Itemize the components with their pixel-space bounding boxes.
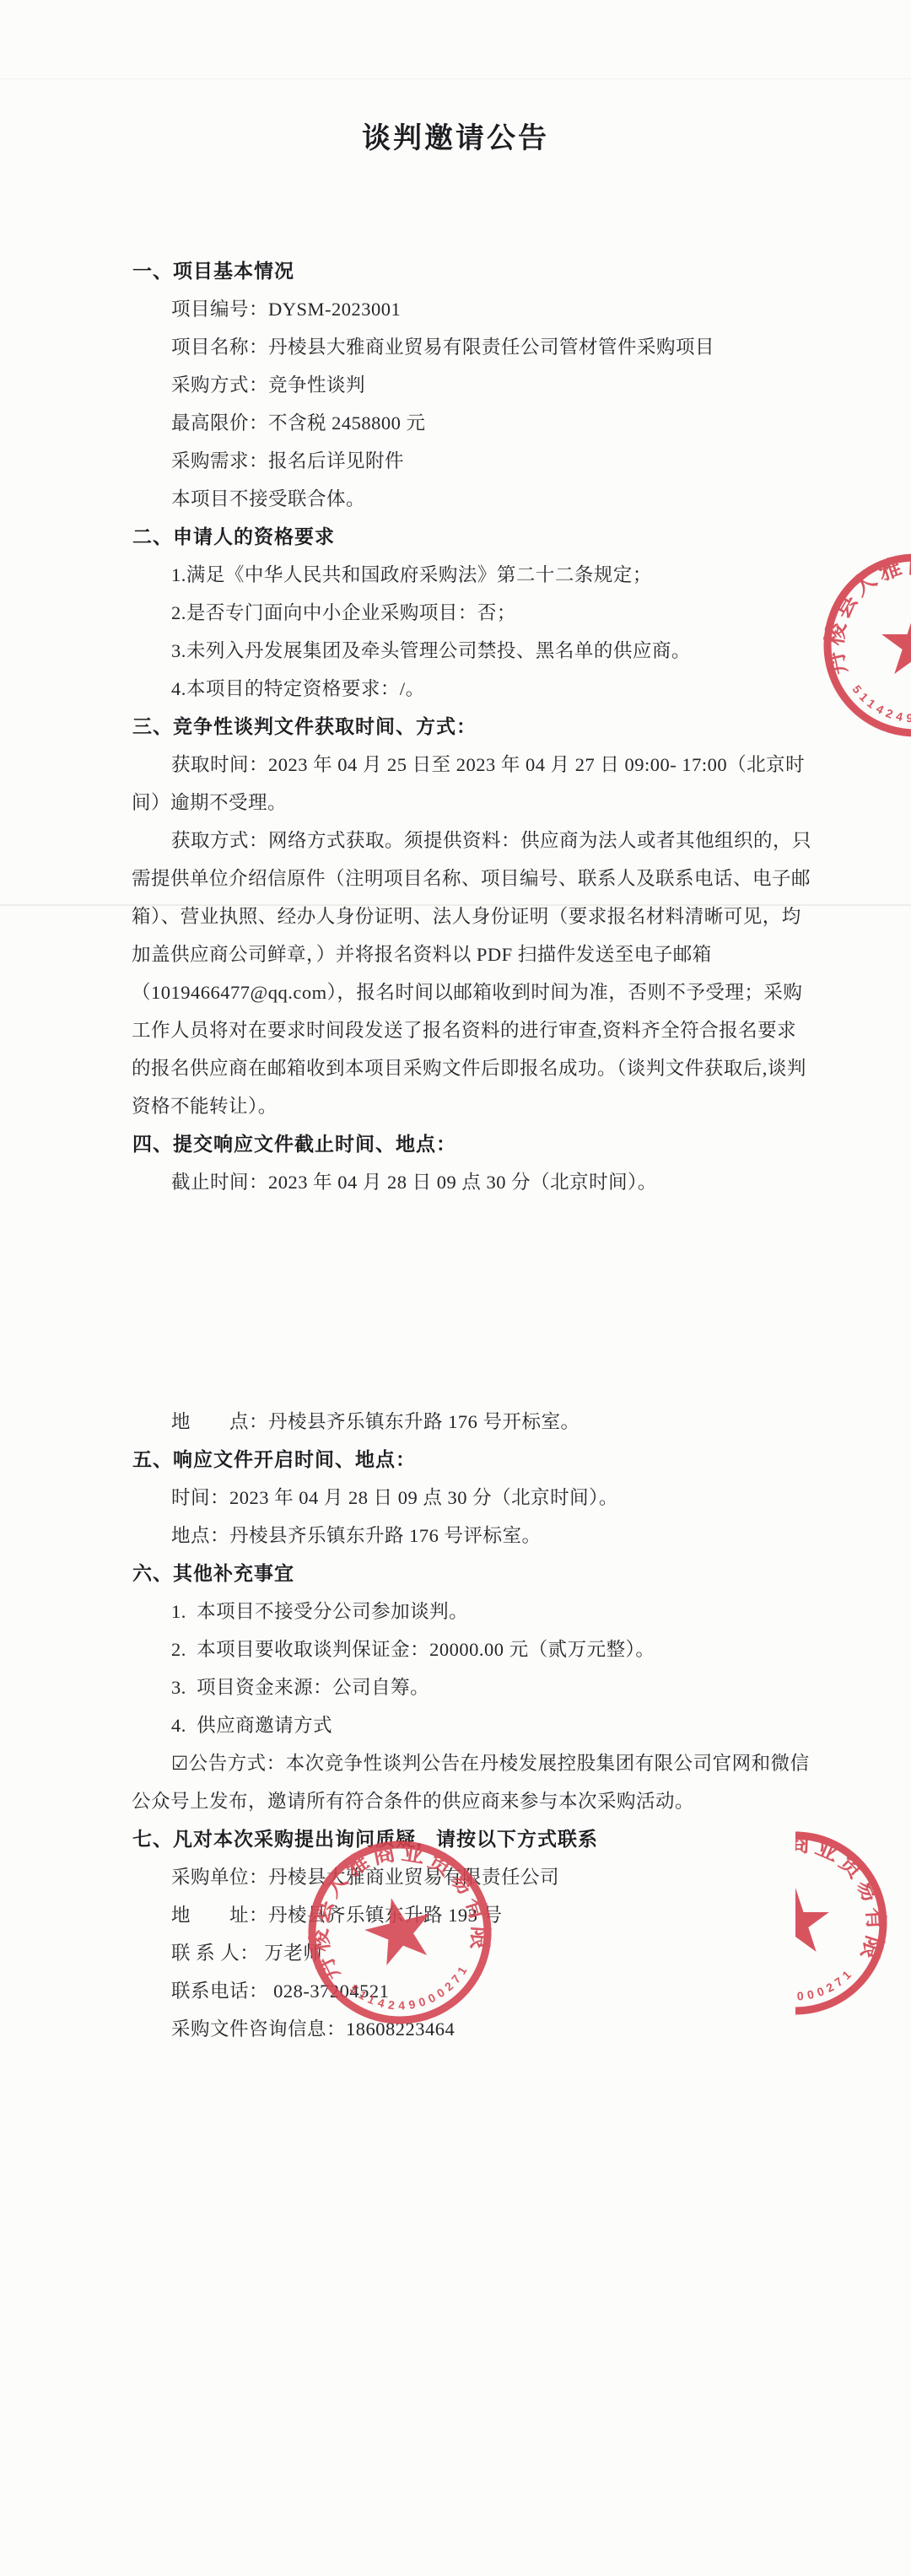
section-heading: 三、竞争性谈判文件获取时间、方式： [132, 714, 477, 740]
section-heading: 四、提交响应文件截止时间、地点： [132, 1132, 456, 1157]
doc-line: 4.本项目的特定资格要求：/。 [171, 676, 425, 702]
doc-line: 4. 供应商邀请方式 [171, 1713, 332, 1738]
doc-line: 间）逾期不受理。 [132, 790, 287, 816]
doc-line: 资格不能转让）。 [132, 1094, 278, 1119]
doc-line: 需提供单位介绍信原件（注明项目名称、项目编号、联系人及联系电话、电子邮 [132, 866, 811, 892]
seal-star-icon [881, 610, 911, 674]
doc-line: 获取时间：2023 年 04 月 25 日至 2023 年 04 月 27 日 … [171, 752, 805, 778]
company-seal-edge-icon: 丹棱县大雅商业贸易有限责任公司 5114249000271 [814, 544, 911, 746]
doc-line: （1019466477@qq.com），报名时间以邮箱收到时间为准，否则不予受理… [132, 980, 802, 1005]
doc-title: 谈判邀请公告 [0, 127, 911, 152]
section-heading: 一、项目基本情况 [132, 259, 294, 284]
section-heading: 二、申请人的资格要求 [132, 525, 335, 550]
section-heading: 五、响应文件开启时间、地点： [132, 1447, 416, 1473]
svg-text:丹棱县大雅商业贸易有限责任公司: 丹棱县大雅商业贸易有限责任公司 [814, 544, 911, 685]
doc-line: ☑公告方式：本次竞争性谈判公告在丹棱发展控股集团有限公司官网和微信 [171, 1751, 810, 1776]
section-heading: 六、其他补充事宜 [132, 1561, 294, 1587]
company-seal-half-icon: 丹棱县大雅商业贸易有限责任公司 5114249000271 [795, 1822, 894, 2028]
doc-line: 采购文件咨询信息：18608223464 [171, 2017, 455, 2042]
seal-star-icon [358, 1890, 439, 1969]
scan-artifact-line [0, 78, 911, 79]
svg-text:丹棱县大雅商业贸易有限责任公司: 丹棱县大雅商业贸易有限责任公司 [795, 1822, 889, 1963]
doc-line: 公众号上发布，邀请所有符合条件的供应商来参与本次采购活动。 [132, 1789, 694, 1814]
doc-line: 本项目不接受联合体。 [171, 487, 365, 512]
doc-line: 联 系 人： 万老师 [171, 1941, 322, 1966]
doc-line: 工作人员将对在要求时间段发送了报名资料的进行审查,资料齐全符合报名要求 [132, 1018, 796, 1043]
doc-line: 项目名称：丹棱县大雅商业贸易有限责任公司管材管件采购项目 [171, 335, 714, 360]
doc-line: 3.未列入丹发展集团及牵头管理公司禁投、黑名单的供应商。 [171, 639, 691, 664]
doc-line: 地点：丹棱县齐乐镇东升路 176 号评标室。 [171, 1523, 542, 1549]
doc-line: 地 址：丹棱县齐乐镇东升路 193 号 [171, 1903, 503, 1928]
svg-text:5114249000271: 5114249000271 [795, 1960, 854, 2002]
doc-line: 获取方式：网络方式获取。须提供资料：供应商为法人或者其他组织的，只 [171, 828, 811, 854]
doc-line: 采购单位：丹棱县大雅商业贸易有限责任公司 [171, 1865, 559, 1890]
doc-line: 加盖供应商公司鲜章，）并将报名资料以 PDF 扫描件发送至电子邮箱 [132, 942, 712, 967]
doc-line: 1.满足《中华人民共和国政府采购法》第二十二条规定； [171, 563, 652, 588]
doc-line: 采购方式：竞争性谈判 [171, 373, 365, 398]
doc-line: 1. 本项目不接受分公司参加谈判。 [171, 1599, 468, 1625]
section-heading: 七、凡对本次采购提出询问质疑，请按以下方式联系 [132, 1827, 598, 1852]
doc-line: 2.是否专门面向中小企业采购项目：否； [171, 601, 516, 626]
doc-line: 时间：2023 年 04 月 28 日 09 点 30 分（北京时间）。 [171, 1485, 618, 1511]
doc-line: 采购需求：报名后详见附件 [171, 449, 404, 474]
doc-line: 项目编号：DYSM-2023001 [171, 297, 401, 322]
doc-line: 最高限价：不含税 2458800 元 [171, 411, 426, 436]
svg-text:5114249000271: 5114249000271 [850, 682, 911, 725]
doc-line: 3. 项目资金来源：公司自筹。 [171, 1675, 429, 1700]
seal-star-icon [795, 1888, 829, 1952]
doc-line: 的报名供应商在邮箱收到本项目采购文件后即报名成功。（谈判文件获取后,谈判 [132, 1056, 806, 1081]
document-page: 谈判邀请公告一、项目基本情况项目编号：DYSM-2023001项目名称：丹棱县大… [0, 0, 911, 2576]
doc-line: 联系电话： 028-37204521 [171, 1979, 389, 2004]
doc-line: 截止时间：2023 年 04 月 28 日 09 点 30 分（北京时间）。 [171, 1170, 657, 1195]
doc-line: 2. 本项目要收取谈判保证金：20000.00 元（贰万元整）。 [171, 1637, 655, 1663]
doc-line: 地 点：丹棱县齐乐镇东升路 176 号开标室。 [171, 1409, 580, 1435]
doc-line: 箱）、营业执照、经办人身份证明、法人身份证明（要求报名材料清晰可见，均 [132, 904, 801, 930]
